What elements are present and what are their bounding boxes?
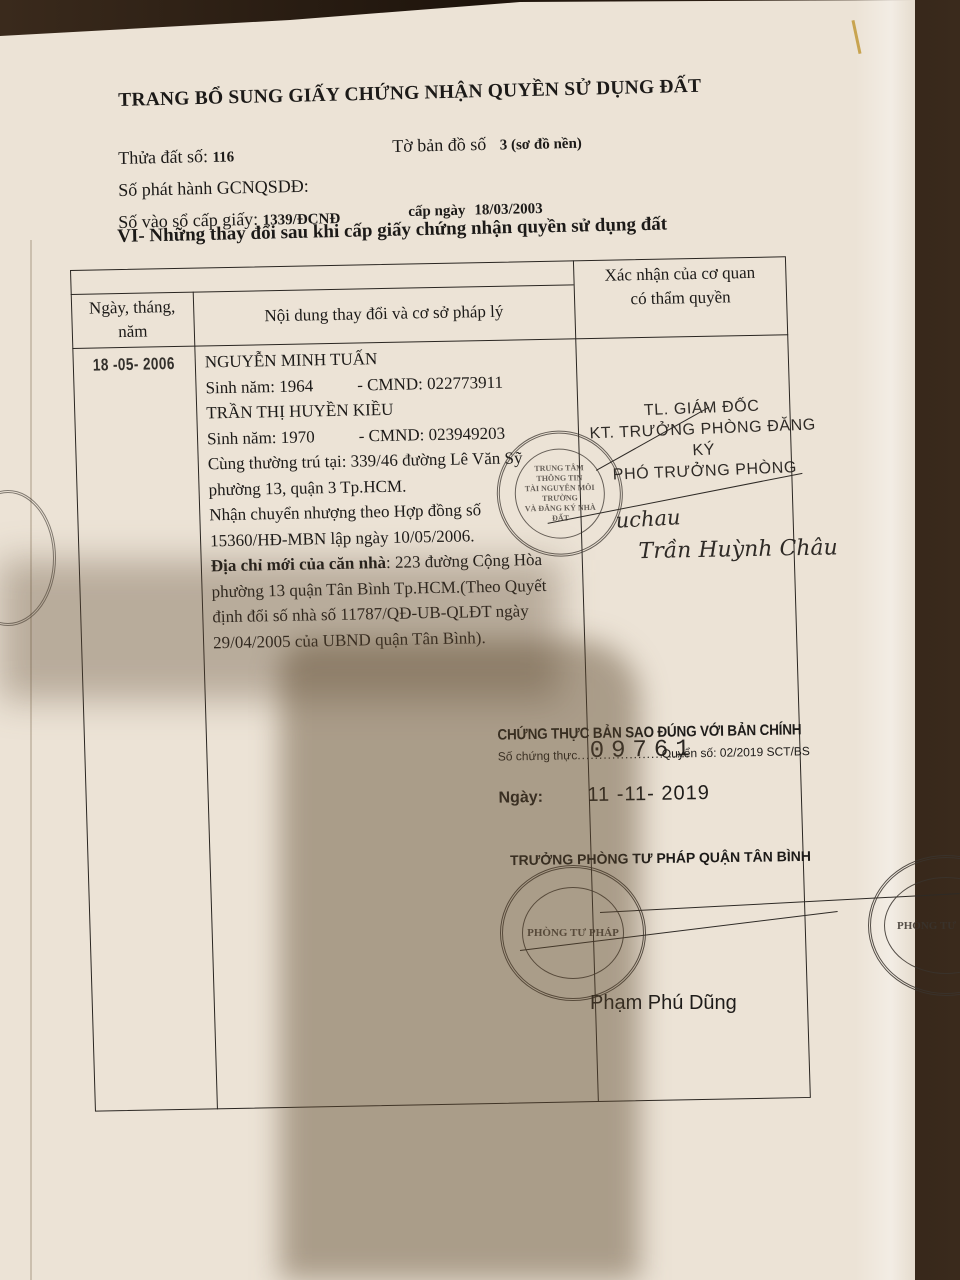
issue-number-label: Số phát hành GCNQSDĐ: (118, 176, 309, 200)
header-authority-line2: có thẩm quyền (574, 284, 788, 312)
authority-signature: uchau (615, 505, 681, 532)
stamp-text-line: TÀI NGUYÊN MÔI TRƯỜNG (516, 483, 605, 505)
map-sheet-label: Tờ bản đồ số (392, 134, 486, 156)
parcel-value: 116 (212, 149, 234, 165)
page-edge (30, 240, 32, 1280)
stamp-center-text: PHÒNG TƯ (897, 919, 956, 933)
owner1-birth: Sinh năm: 1964 (205, 376, 313, 397)
header-authority-line1: Xác nhận của cơ quan (573, 260, 787, 288)
owner2-id: - CMND: 023949203 (358, 423, 505, 445)
certification-book: Quyển số: 02/2019 SCT/BS (662, 744, 810, 761)
header-date-line2: năm (72, 319, 195, 345)
map-sheet-value: 3 (sơ đồ nền) (500, 136, 582, 154)
header-date-line1: Ngày, tháng, (71, 295, 194, 321)
header-date: Ngày, tháng, năm (71, 295, 194, 345)
map-sheet-line: Tờ bản đồ số 3 (sơ đồ nền) (392, 132, 582, 157)
paper-fold (855, 0, 915, 1280)
stamp-text-line: VÀ ĐĂNG KÝ NHÀ ĐẤT (516, 503, 605, 525)
parcel-label: Thửa đất số: (118, 146, 208, 168)
authority-signer-name: Trần Huỳnh Châu (638, 535, 838, 564)
parcel-line: Thửa đất số: 116 (118, 145, 234, 169)
stamp-text: TRUNG TÂM THÔNG TIN TÀI NGUYÊN MÔI TRƯỜN… (515, 463, 605, 525)
header-authority: Xác nhận của cơ quan có thẩm quyền (573, 260, 787, 312)
table-row-date: 18 -05- 2006 (85, 354, 183, 376)
owner2-birth: Sinh năm: 1970 (207, 427, 315, 448)
issue-number-line: Số phát hành GCNQSDĐ: (118, 176, 309, 201)
hand-shadow (280, 640, 640, 1280)
owner1-id: - CMND: 022773911 (357, 372, 503, 394)
